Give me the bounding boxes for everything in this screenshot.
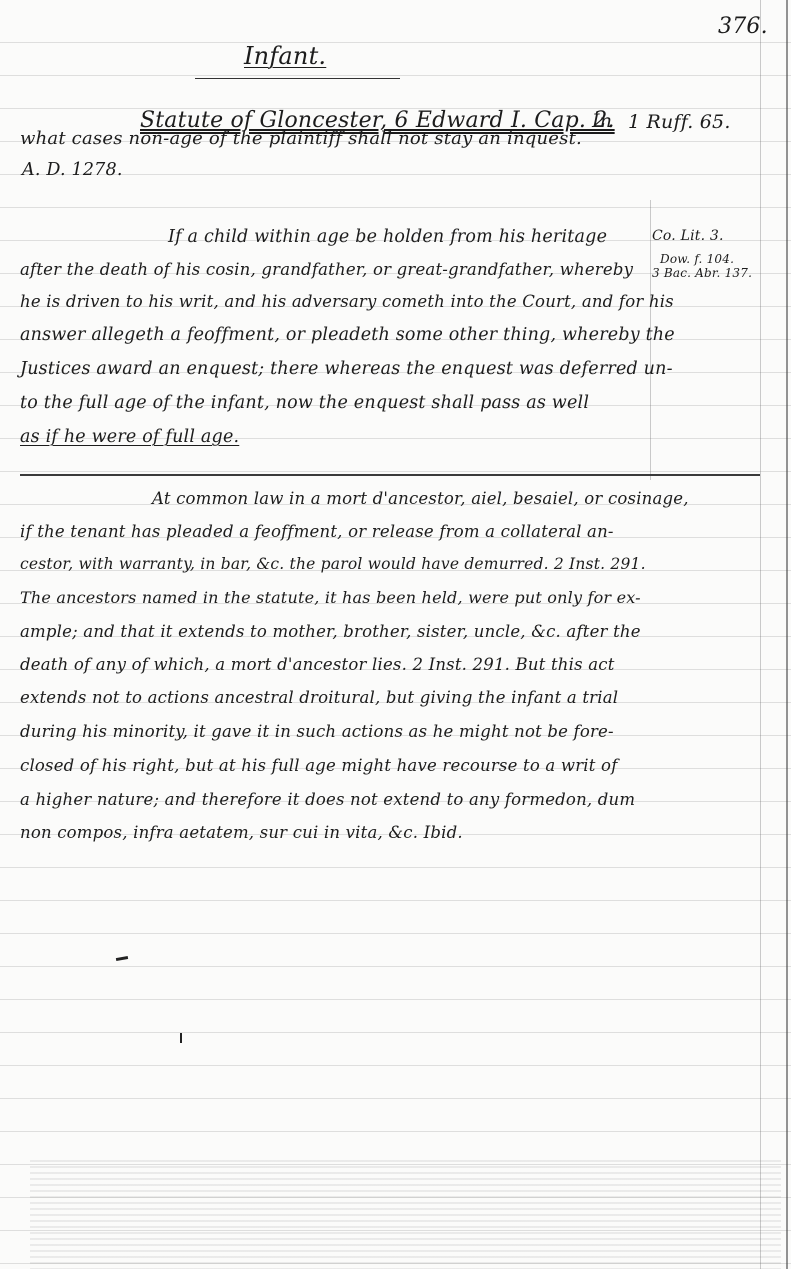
commentary-line: a higher nature; and therefore it does n… <box>20 790 635 809</box>
subheading-line: what cases non-age of the plaintiff shal… <box>20 128 582 149</box>
statute-line: Justices award an enquest; there whereas… <box>20 359 673 379</box>
margin-note: Co. Lit. 3. <box>652 228 724 244</box>
commentary-line: death of any of which, a mort d'ancestor… <box>20 655 615 674</box>
commentary-line: closed of his right, but at his full age… <box>20 756 618 775</box>
commentary-line: The ancestors named in the statute, it h… <box>20 588 641 607</box>
margin-note: Dow. f. 104. <box>660 252 734 266</box>
commentary-line: extends not to actions ancestral droitur… <box>20 688 618 707</box>
ink-mark <box>116 956 128 961</box>
statute-line: he is driven to his writ, and his advers… <box>20 292 674 311</box>
commentary-line: cestor, with warranty, in bar, &c. the p… <box>20 555 646 573</box>
title-underline <box>195 78 400 79</box>
section-divider <box>20 474 760 476</box>
commentary-line: At common law in a mort d'ancestor, aiel… <box>152 489 689 508</box>
commentary-line: ample; and that it extends to mother, br… <box>20 622 641 641</box>
commentary-line: during his minority, it gave it in such … <box>20 722 614 741</box>
statute-line: answer allegeth a feoffment, or pleadeth… <box>20 325 675 345</box>
date-line: A. D. 1278. <box>22 160 123 180</box>
page-edge <box>786 0 788 1269</box>
statute-line: If a child within age be holden from his… <box>168 227 607 247</box>
ink-mark <box>180 1033 182 1043</box>
commentary-line: non compos, infra aetatem, sur cui in vi… <box>20 823 463 842</box>
statute-line: to the full age of the infant, now the e… <box>20 393 589 413</box>
commentary-line: if the tenant has pleaded a feoffment, o… <box>20 522 614 541</box>
manuscript-page: 376. Infant. Statute of Gloncester, 6 Ed… <box>0 0 791 1269</box>
scan-noise <box>30 1160 781 1269</box>
margin-ref-heading: 1 Ruff. 65. <box>628 111 731 133</box>
margin-rule-outer <box>760 0 761 1269</box>
page-number: 376. <box>718 14 768 39</box>
statute-line: after the death of his cosin, grandfathe… <box>20 260 633 279</box>
page-title: Infant. <box>244 42 326 70</box>
margin-note: 3 Bac. Abr. 137. <box>652 266 752 280</box>
statute-line: as if he were of full age. <box>20 427 239 447</box>
heading-prefix: In <box>592 110 612 132</box>
